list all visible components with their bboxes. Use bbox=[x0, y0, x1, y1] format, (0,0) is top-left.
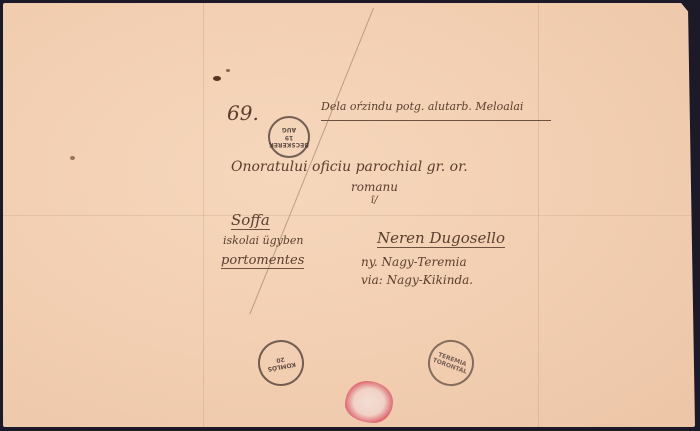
header-underline bbox=[321, 120, 551, 121]
postmark-bottom-right: TEREMIA TORONTÁL bbox=[422, 334, 481, 393]
document-number: 69. bbox=[227, 101, 259, 125]
postmark-top-day: 19 bbox=[285, 133, 293, 140]
red-wax-seal bbox=[345, 381, 393, 423]
left-block-line-2: iskolai ügyben bbox=[223, 234, 304, 247]
recipient-line-2: ny. Nagy-Teremia bbox=[361, 255, 467, 269]
postmark-bottom-left-day: 20 bbox=[276, 355, 285, 364]
postmark-top-town: BECSKEREK bbox=[269, 141, 309, 148]
ink-stain bbox=[70, 156, 75, 160]
left-block-line-1: Soffa bbox=[231, 211, 270, 230]
recipient-line-3: via: Nagy-Kikinda. bbox=[361, 273, 473, 287]
left-block-line-3: portomentes bbox=[221, 253, 304, 269]
postmark-top: BECSKEREK 19 AUG bbox=[268, 116, 310, 158]
postmark-bottom-left: KOMLÓS 20 bbox=[254, 336, 307, 389]
address-line-2: romanu bbox=[351, 180, 398, 194]
fold-line bbox=[3, 215, 695, 216]
address-line-3: ȋ/ bbox=[371, 195, 378, 206]
postmark-top-month: AUG bbox=[282, 126, 296, 133]
recipient-name: Neren Dugosello bbox=[377, 229, 505, 248]
letter-paper: 69. Dela oŕzindu potg. alutarb. Meloalai… bbox=[3, 3, 695, 427]
ink-stain bbox=[213, 76, 221, 81]
header-line: Dela oŕzindu potg. alutarb. Meloalai bbox=[321, 100, 541, 113]
ink-stain bbox=[226, 69, 230, 72]
address-line-1: Onoratului oficiu parochial gr. or. bbox=[231, 159, 468, 175]
